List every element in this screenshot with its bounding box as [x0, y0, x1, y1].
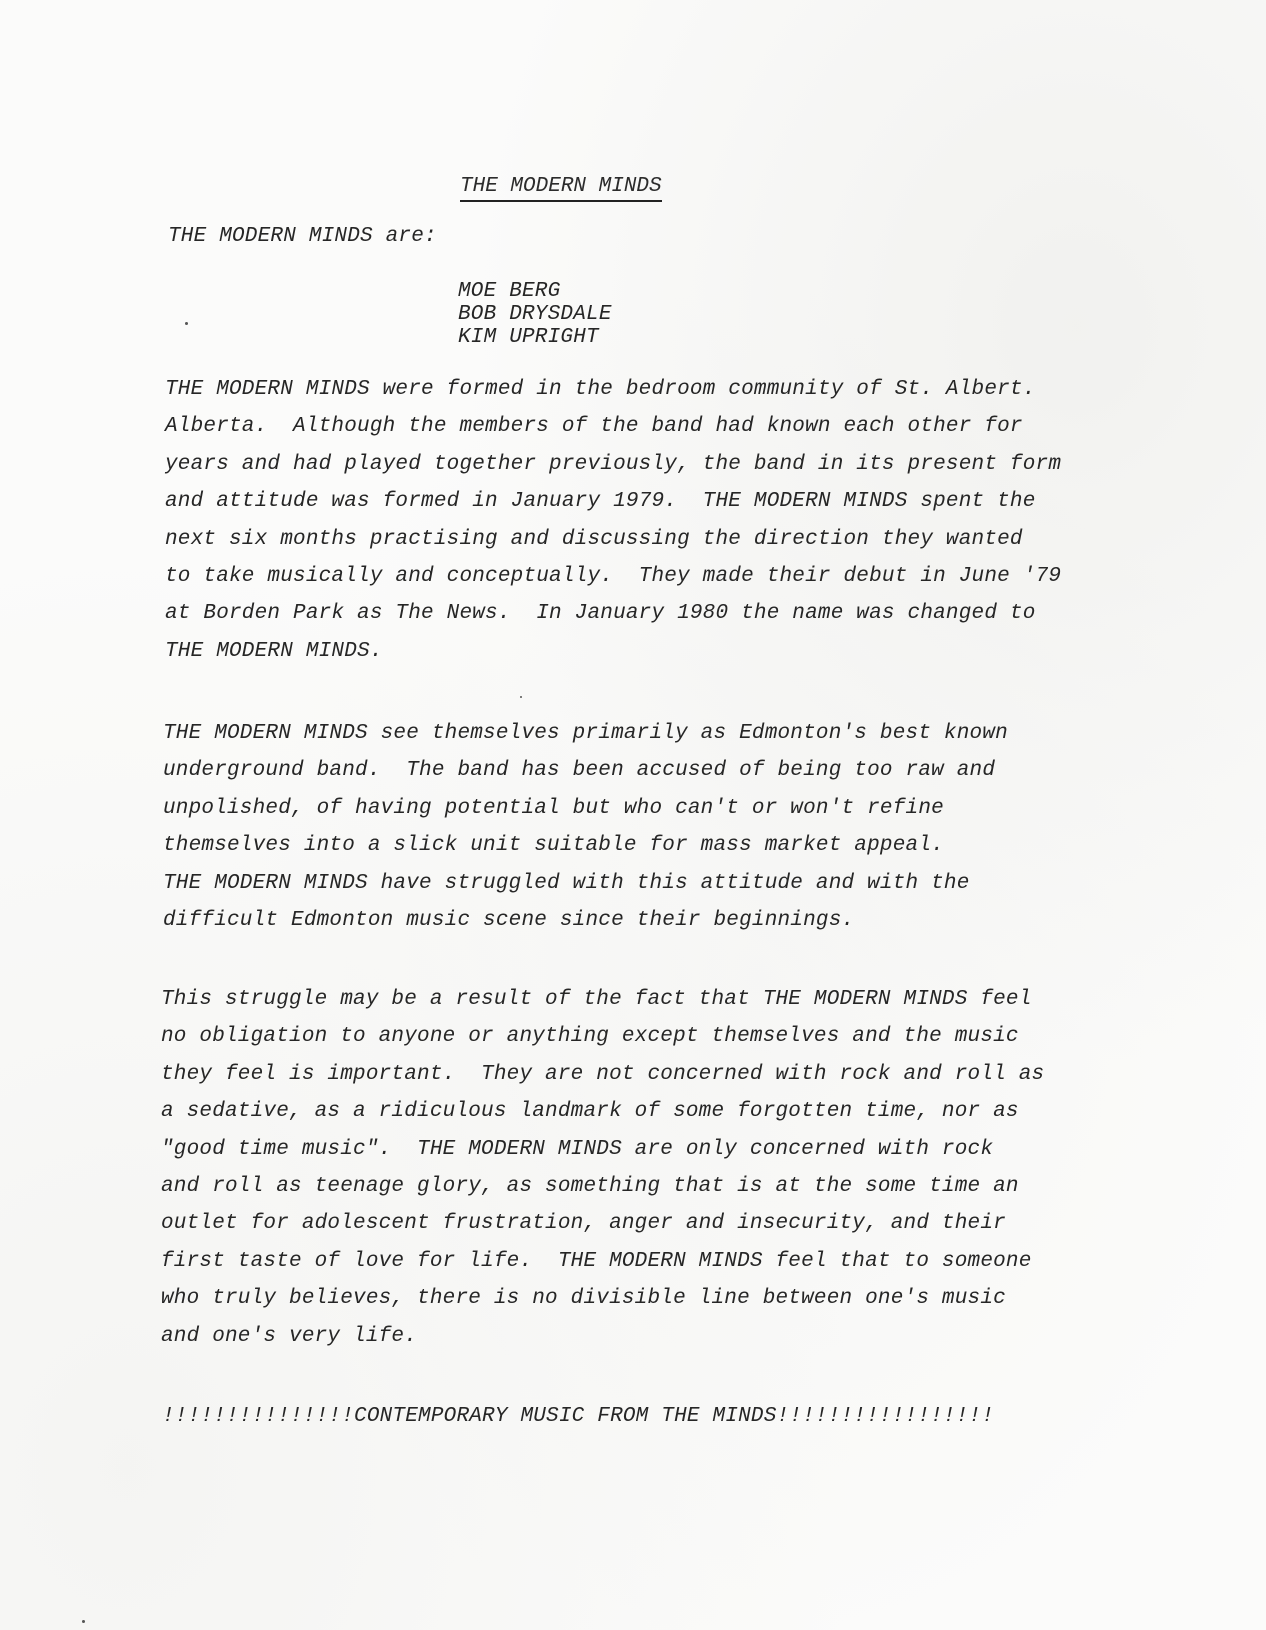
paragraph-line: they feel is important. They are not con…	[161, 1063, 1044, 1087]
paragraph-line: THE MODERN MINDS have struggled with thi…	[163, 872, 970, 896]
members-intro: THE MODERN MINDS are:	[168, 225, 437, 249]
paragraph-line: THE MODERN MINDS see themselves primaril…	[163, 722, 1008, 746]
paragraph-line: who truly believes, there is no divisibl…	[161, 1287, 1006, 1311]
paragraph-line: "good time music". THE MODERN MINDS are …	[161, 1138, 993, 1162]
paragraph-line: Alberta. Although the members of the ban…	[165, 415, 1023, 439]
paragraph-line: difficult Edmonton music scene since the…	[163, 909, 854, 933]
paragraph-line: unpolished, of having potential but who …	[163, 797, 944, 821]
paragraph-line: THE MODERN MINDS.	[165, 640, 383, 664]
paper-speck	[82, 1620, 85, 1623]
paragraph-line: first taste of love for life. THE MODERN…	[161, 1250, 1032, 1274]
paper-speck	[520, 696, 522, 698]
paragraph-line: and one's very life.	[161, 1325, 417, 1349]
paragraph-line: and roll as teenage glory, as something …	[161, 1175, 1019, 1199]
paragraph-line: THE MODERN MINDS were formed in the bedr…	[165, 378, 1036, 402]
member-name: BOB DRYSDALE	[458, 303, 612, 327]
paragraph-line: and attitude was formed in January 1979.…	[165, 490, 1036, 514]
document-title: THE MODERN MINDS	[460, 175, 662, 202]
paragraph-line: a sedative, as a ridiculous landmark of …	[161, 1100, 1019, 1124]
paragraph-line: at Borden Park as The News. In January 1…	[165, 602, 1036, 626]
paragraph-line: underground band. The band has been accu…	[163, 759, 995, 783]
footer-tagline: !!!!!!!!!!!!!!!CONTEMPORARY MUSIC FROM T…	[162, 1405, 994, 1429]
paragraph-line: This struggle may be a result of the fac…	[161, 988, 1032, 1012]
paragraph-line: years and had played together previously…	[165, 453, 1061, 477]
paragraph-line: no obligation to anyone or anything exce…	[161, 1025, 1019, 1049]
paper-speck	[185, 322, 188, 325]
paragraph-line: to take musically and conceptually. They…	[165, 565, 1061, 589]
member-name: MOE BERG	[458, 280, 560, 304]
paragraph-line: next six months practising and discussin…	[165, 528, 1023, 552]
member-name: KIM UPRIGHT	[458, 326, 599, 350]
paragraph-line: outlet for adolescent frustration, anger…	[161, 1212, 1006, 1236]
paragraph-line: themselves into a slick unit suitable fo…	[163, 834, 944, 858]
